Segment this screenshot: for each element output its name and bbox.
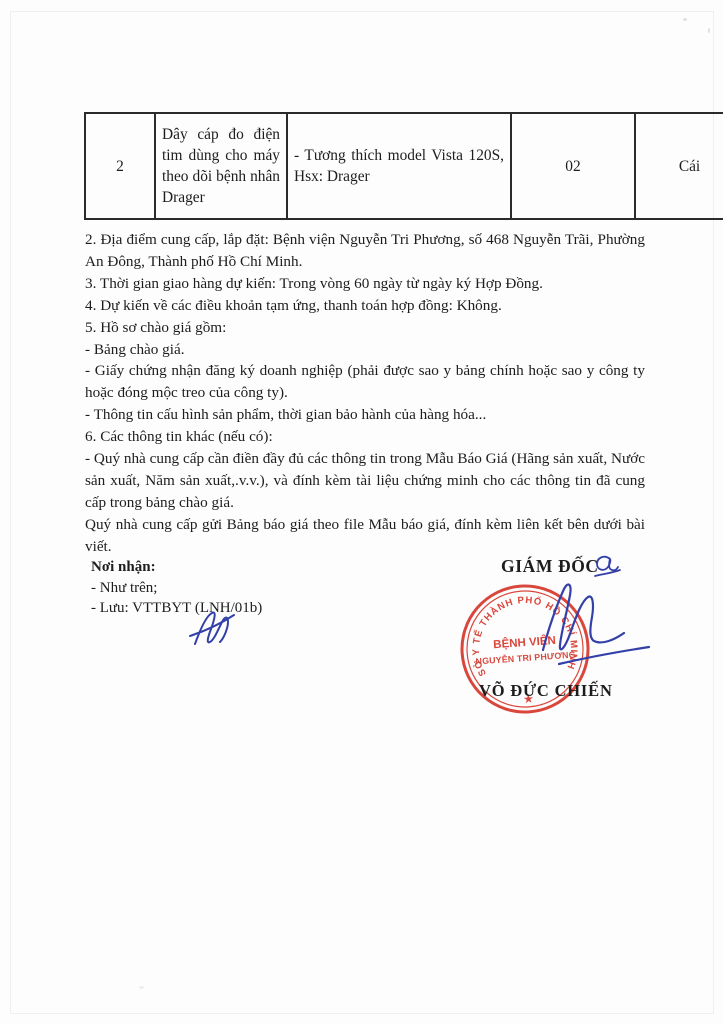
item-unit-cell: Cái xyxy=(635,113,723,219)
director-signature-ink xyxy=(497,560,662,685)
body-paragraph: 6. Các thông tin khác (nếu có): xyxy=(85,426,645,448)
body-paragraph: 2. Địa điểm cung cấp, lắp đặt: Bệnh viện… xyxy=(85,229,645,273)
body-paragraph: 4. Dự kiến về các điều khoản tạm ứng, th… xyxy=(85,295,645,317)
item-quantity-cell: 02 xyxy=(511,113,635,219)
scan-speck xyxy=(139,986,144,989)
item-specs-cell: - Tương thích model Vista 120S, Hsx: Dra… xyxy=(287,113,511,219)
scanned-document-page: 2 Dây cáp đo điện tim dùng cho máy theo … xyxy=(0,0,723,1024)
director-name: VÕ ĐỨC CHIẾN xyxy=(479,681,613,701)
table-row: 2 Dây cáp đo điện tim dùng cho máy theo … xyxy=(85,113,723,219)
recipients-line: - Như trên; xyxy=(91,578,262,599)
body-paragraph: - Quý nhà cung cấp cần điền đầy đủ các t… xyxy=(85,448,645,514)
item-index-cell: 2 xyxy=(85,113,155,219)
recipients-heading: Nơi nhận: xyxy=(91,557,262,578)
body-paragraph: Quý nhà cung cấp gửi Bảng báo giá theo f… xyxy=(85,514,645,558)
body-paragraph: 5. Hồ sơ chào giá gồm: xyxy=(85,317,645,339)
body-paragraph: - Thông tin cấu hình sản phẩm, thời gian… xyxy=(85,404,645,426)
initial-signature-ink xyxy=(183,606,241,652)
item-name-cell: Dây cáp đo điện tim dùng cho máy theo dõ… xyxy=(155,113,287,219)
body-paragraph: - Giấy chứng nhận đăng ký doanh nghiệp (… xyxy=(85,360,645,404)
body-paragraph: 3. Thời gian giao hàng dự kiến: Trong vò… xyxy=(85,273,645,295)
items-table: 2 Dây cáp đo điện tim dùng cho máy theo … xyxy=(84,112,723,220)
scan-speck xyxy=(708,28,710,33)
body-text: 2. Địa điểm cung cấp, lắp đặt: Bệnh viện… xyxy=(85,229,645,558)
scan-speck xyxy=(683,18,687,21)
body-paragraph: - Bảng chào giá. xyxy=(85,339,645,361)
